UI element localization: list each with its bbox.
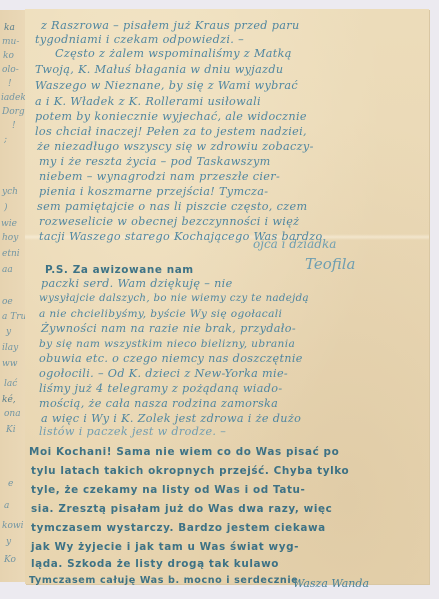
- letter-signature-father: Teofila: [305, 255, 356, 273]
- margin-fragment: ko: [3, 52, 14, 61]
- margin-fragment: ;: [4, 136, 7, 145]
- margin-fragment: a: [4, 502, 9, 511]
- margin-fragment: oe: [2, 298, 13, 307]
- margin-fragment: aa: [2, 266, 13, 275]
- margin-fragment: olo-: [2, 66, 19, 75]
- letter-line: Waszego w Nieznane, by się z Wami wybrać: [35, 79, 298, 93]
- adjacent-page-edge: ka mu- ko olo- ! iadek Dorg ! ; ych ) wi…: [0, 10, 26, 582]
- letter-line: los chciał inaczej! Pełen za to jestem n…: [35, 125, 307, 139]
- margin-fragment: ka: [4, 24, 15, 33]
- letter-line: niebem – wynagrodzi nam przeszłe cier-: [39, 170, 280, 184]
- margin-fragment: Ko: [4, 556, 16, 565]
- margin-fragment: !: [12, 122, 16, 131]
- letter-line: a nie chcielibyśmy, byście Wy się ogołac…: [39, 307, 282, 321]
- letter-line: Twoją, K. Małuś błagania w dniu wyjazdu: [35, 63, 283, 77]
- letter-line: obuwia etc. o czego niemcy nas doszczętn…: [39, 352, 303, 366]
- margin-fragment: mu-: [2, 38, 19, 47]
- margin-fragment: kowi: [2, 522, 23, 531]
- letter-line: potem by koniecznie wyjechać, ale widocz…: [35, 110, 307, 124]
- margin-fragment: ): [4, 204, 8, 213]
- letter-line: tymczasem wystarczy. Bardzo jestem cieka…: [31, 521, 326, 535]
- margin-fragment: hoy: [2, 234, 18, 243]
- margin-fragment: y: [6, 538, 11, 547]
- letter-page: z Raszrowa – pisałem już Kraus przed par…: [25, 9, 429, 584]
- letter-line: tygodniami i czekam odpowiedzi. –: [35, 33, 244, 47]
- margin-fragment: iadek: [1, 94, 26, 103]
- postscript-heading: P.S. Za awizowane nam: [45, 263, 194, 277]
- margin-fragment: Dorg: [2, 108, 25, 117]
- letter-line: a więc i Wy i K. Zolek jest zdrowa i że …: [41, 412, 301, 426]
- margin-fragment: !: [8, 80, 12, 89]
- margin-fragment: a Tru: [2, 313, 26, 322]
- margin-fragment: Ki: [6, 426, 16, 435]
- margin-fragment: etni: [2, 250, 20, 259]
- letter-line: ogołocili. – Od K. dzieci z New-Yorka mi…: [39, 367, 288, 381]
- letter-line: rozweselicie w obecnej bezczynności i wi…: [39, 215, 299, 229]
- letter-line: ląda. Szkoda że listy drogą tak kulawo: [31, 557, 279, 571]
- letter-line: tylu latach takich okropnych przejść. Ch…: [31, 464, 349, 478]
- margin-fragment: y: [6, 328, 11, 337]
- margin-fragment: ilay: [2, 344, 18, 353]
- letter-line: Często z żalem wspominaliśmy z Matką: [55, 47, 292, 61]
- letter-line: sem pamiętajcie o nas li piszcie często,…: [37, 200, 307, 214]
- letter-line: tyle, że czekamy na listy od Was i od Ta…: [31, 483, 305, 497]
- letter-closing: ojca i dziadka: [253, 237, 336, 251]
- letter-line: mością, że cała nasza rodzina zamorska: [39, 397, 278, 411]
- margin-fragment: ych: [2, 188, 18, 197]
- margin-fragment: wie: [1, 220, 17, 229]
- margin-fragment: lać: [4, 380, 17, 389]
- letter-line: Moi Kochani! Sama nie wiem co do Was pis…: [29, 445, 339, 459]
- margin-fragment: ona: [4, 410, 21, 419]
- letter-line: Żywności nam na razie nie brak, przydało…: [41, 322, 296, 336]
- letter-line: wysyłajcie dalszych, bo nie wiemy czy te…: [39, 292, 309, 306]
- letter-line: sia. Zresztą pisałam już do Was dwa razy…: [31, 502, 332, 516]
- margin-fragment: ww: [2, 360, 17, 369]
- letter-line: a i K. Władek z K. Rollerami usiłowali: [35, 95, 261, 109]
- letter-signature-wanda: Wasza Wanda: [293, 577, 369, 590]
- margin-fragment: ké,: [2, 396, 16, 405]
- margin-fragment: e: [8, 480, 13, 489]
- scanned-letter: ka mu- ko olo- ! iadek Dorg ! ; ych ) wi…: [0, 0, 439, 599]
- letter-line: liśmy już 4 telegramy z pożądaną wiado-: [39, 382, 283, 396]
- letter-line: Tymczasem całuję Was b. mocno i serdeczn…: [29, 574, 298, 588]
- letter-line: że niezadługo wszyscy się w zdrowiu zoba…: [37, 140, 314, 154]
- letter-line: listów i paczek jest w drodze. –: [39, 425, 226, 439]
- letter-line: jak Wy żyjecie i jak tam u Was świat wyg…: [31, 540, 299, 554]
- letter-line: pienia i koszmarne przejścia! Tymcza-: [39, 185, 268, 199]
- letter-line: paczki serd. Wam dziękuję – nie: [41, 277, 233, 291]
- letter-line: z Raszrowa – pisałem już Kraus przed par…: [41, 19, 300, 33]
- letter-line: by się nam wszystkim nieco bielizny, ubr…: [39, 337, 295, 351]
- letter-line: my i że reszta życia – pod Taskawszym: [39, 155, 271, 169]
